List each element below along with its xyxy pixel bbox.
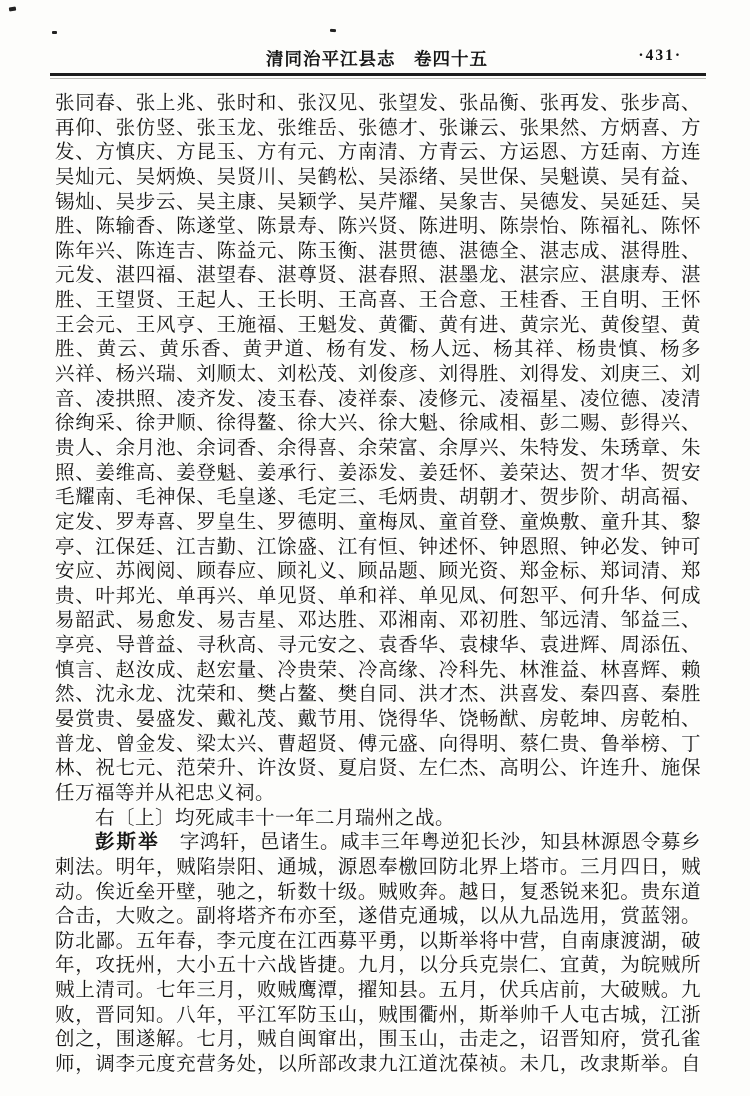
bio-subject-name: 彭斯举	[95, 832, 160, 853]
text-line: 胜、黄云、黄乐香、黄尹道、杨有发、杨人远、杨其祥、杨贵慎、杨多成、杨其昌、杨天照…	[55, 338, 701, 363]
text-line: 音、凌拱照、凌齐发、凌玉春、凌祥泰、凌修元、凌福星、凌位德、凌清万、凌显照、徐裕…	[55, 388, 701, 413]
text-line: 陈年兴、陈连吉、陈益元、陈玉衡、湛贯德、湛德全、湛志成、湛得胜、湛秩典、湛得贵、…	[55, 240, 701, 265]
text-line: 胜、王望贤、王起人、王长明、王高喜、王合意、王桂香、王自明、王怀香、王昆隆、王成…	[55, 289, 701, 314]
text-line: 贼上清司。七年三月，败贼鹰潭，擢知县。五月，伏兵店前，大破贼。九月，贼围贵溪，为…	[55, 979, 701, 1004]
text-line: 定发、罗寿喜、罗皇生、罗德明、童梅凤、童首登、童焕敷、童升其、黎源育、黎德亭、黎…	[55, 511, 701, 536]
text-line: 毛耀南、毛神保、毛皇遂、毛定三、毛炳贵、胡朝才、贺步阶、胡高福、胡安威、胡春杨、…	[55, 486, 701, 511]
text-line: 王会元、王风亨、王施福、王魁发、黄衢、黄有进、黄宗光、黄俊望、黄福寿、黄凌兴、黄…	[55, 314, 701, 339]
text-line: 兴祥、杨兴瑞、刘顺太、刘松茂、刘俊彦、刘得胜、刘得发、刘庚三、刘世发、刘源来、刘…	[55, 363, 701, 388]
page-header: 清同治平江县志 卷四十五 ·431·	[50, 46, 704, 70]
text-line: 然、沈永龙、沈荣和、樊占鳌、樊自同、洪才杰、洪喜发、秦四喜、秦胜福、谢统传、谢菊…	[55, 683, 701, 708]
text-line: 胜、陈输香、陈遂堂、陈景寿、陈兴贤、陈进明、陈崇怡、陈福礼、陈怀明、陈益辉、陈立…	[55, 215, 701, 240]
text-line: 动。俟近垒开壁，驰之，斩数十级。贼败奔。越日，复悉锐来犯。贵东道胡林翼帅黔勇七百…	[55, 881, 701, 906]
text-line: 元发、湛四福、湛望春、湛尊贤、湛春照、湛墨龙、湛宗应、湛康寿、湛占魁、湛雍逊、湛…	[55, 264, 701, 289]
text-line: 张同春、张上兆、张时和、张汉见、张望发、张品衡、张再发、张步高、张焕香、张旌贤、…	[55, 92, 701, 117]
text-line: 易韶武、易愈发、易吉星、邓达胜、邓湘南、邓初胜、邹远清、邹益三、邹典魁、熊得龙、…	[55, 609, 701, 634]
text-line: 右〔上〕均死咸丰十一年二月瑞州之战。	[55, 807, 701, 832]
text-line: 安应、苏阀阅、顾春应、顾礼义、顾品题、顾光资、郑金标、郑词清、郑高德、郑连三、叶…	[55, 560, 701, 585]
text-line: 吴灿元、吴炳焕、吴贤川、吴鹤松、吴添绪、吴世保、吴魁谟、吴有益、吴楚才、吴兴发、…	[55, 166, 701, 191]
gazetteer-page: 清同治平江县志 卷四十五 ·431· 张同春、张上兆、张时和、张汉见、张望发、张…	[0, 0, 750, 1096]
page-number: ·431·	[638, 47, 682, 65]
text-line: 林、祝七元、范荣升、许汝贤、夏启贤、左仁杰、高明公、许连升、施保富、冯兴盛、盛揆…	[55, 757, 701, 782]
book-title: 清同治平江县志 卷四十五	[50, 46, 704, 71]
text-line: 师，调李元度充营务处，以所部改隶九江道沈葆祯。未几，改隶斯举。自是独将五营为一军…	[55, 1053, 701, 1078]
ink-speck	[330, 29, 336, 33]
text-line: 贵、叶邦光、单再兴、单见贤、单和祥、单见凤、何恕平、何升华、何成香、喻万昌、喻万…	[55, 585, 701, 610]
text-line: 亭、江保廷、江吉勤、江馀盛、江有恒、钟述怀、钟恩照、钟必发、钟可升、钟才士、苏成…	[55, 536, 701, 561]
text-line: 晏赏贵、晏盛发、戴礼茂、戴节用、饶得华、饶畅猷、房乾坤、房乾柏、潘重九、尹贵贞、…	[55, 708, 701, 733]
text-line: 创之，围遂解。七月，贼自闽窜出，围玉山，击走之，诏晋知府，赏孔雀翎。时侍郎曾国藩…	[55, 1028, 701, 1053]
text-line: 慎言、赵汝成、赵宏量、冷贵荣、冷高缘、冷科先、林淮益、林喜辉、赖早发、赖廷新、瞿…	[55, 659, 701, 684]
text-line: 照、姜维高、姜登魁、姜承行、姜添发、姜廷怀、姜荣达、贺才华、贺安荣、贺才望、贺大…	[55, 462, 701, 487]
text-line: 贵人、余月池、余词香、余得喜、余荣富、余厚兴、朱特发、朱琇章、朱富存、朱照盛、朱…	[55, 437, 701, 462]
ink-speck	[52, 31, 57, 34]
text-line: 再仰、张仿竖、张玉龙、张维岳、张德才、张谦云、张果然、方炳喜、方光裕、方孔萃、方…	[55, 117, 701, 142]
text-line: 普龙、曾金发、梁太兴、曹超贤、傅元盛、向得明、蔡仁贵、鲁举榜、丁全发、温春荣、廖…	[55, 733, 701, 758]
text-line: 享亮、导普益、寻秋高、寻元安之、袁香华、袁棣华、袁进辉、周添伍、周德瑞、周馀庆、…	[55, 634, 701, 659]
text-line: 徐绚采、徐尹顺、徐得鳌、徐大兴、徐大魁、徐咸相、彭二赐、彭得兴、彭步鳌、彭超凡、…	[55, 412, 701, 437]
text-line: 年，攻抚州，大小五十六战皆捷。九月，以分兵克崇仁、宜黄，为皖贼所乘，师失利，移防…	[55, 954, 701, 979]
header-rule	[50, 73, 706, 76]
text-line: 合击，大败之。副将塔齐布亦至，遂借克通城，以从九品选用，赏蓝翎。既而，塔，胡别剿…	[55, 905, 701, 930]
text-line: 防北鄙。五年春，李元度在江西募平勇，以斯举将中营，自南康渡湖，破湖口，晋府经历，…	[55, 930, 701, 955]
header-rule-shadow	[50, 78, 706, 79]
text-line: 发、方慎庆、方昆玉、方有元、方南清、方青云、方运恩、方廷南、方连玉、方实义、吴吉…	[55, 141, 701, 166]
body-text: 张同春、张上兆、张时和、张汉见、张望发、张品衡、张再发、张步高、张焕香、张旌贤、…	[55, 92, 701, 1078]
text-line: 任万福等并从祀忠义祠。	[55, 782, 701, 807]
ink-speck	[9, 7, 16, 12]
text-line: 彭斯举 字鸿轩，邑诸生。咸丰三年粤逆犯长沙，知县林源恩令募乡兵五百人，教以坐作击	[55, 831, 701, 856]
text-line: 败，晋同知。八年，平江军防玉山，贼围衢州，斯举帅千人屯古城，江浙分界处也。衢贼来…	[55, 1004, 701, 1029]
text-line: 刺法。明年，贼陷崇阳、通城，源恩奉檄回防北界上塔市。三月四日，贼数千来犯。斯举坚…	[55, 856, 701, 881]
text-line: 锡灿、吴步云、吴主康、吴颖学、吴芹耀、吴象吉、吴德发、吴延廷、吴延诏、吴文初、吴…	[55, 191, 701, 216]
